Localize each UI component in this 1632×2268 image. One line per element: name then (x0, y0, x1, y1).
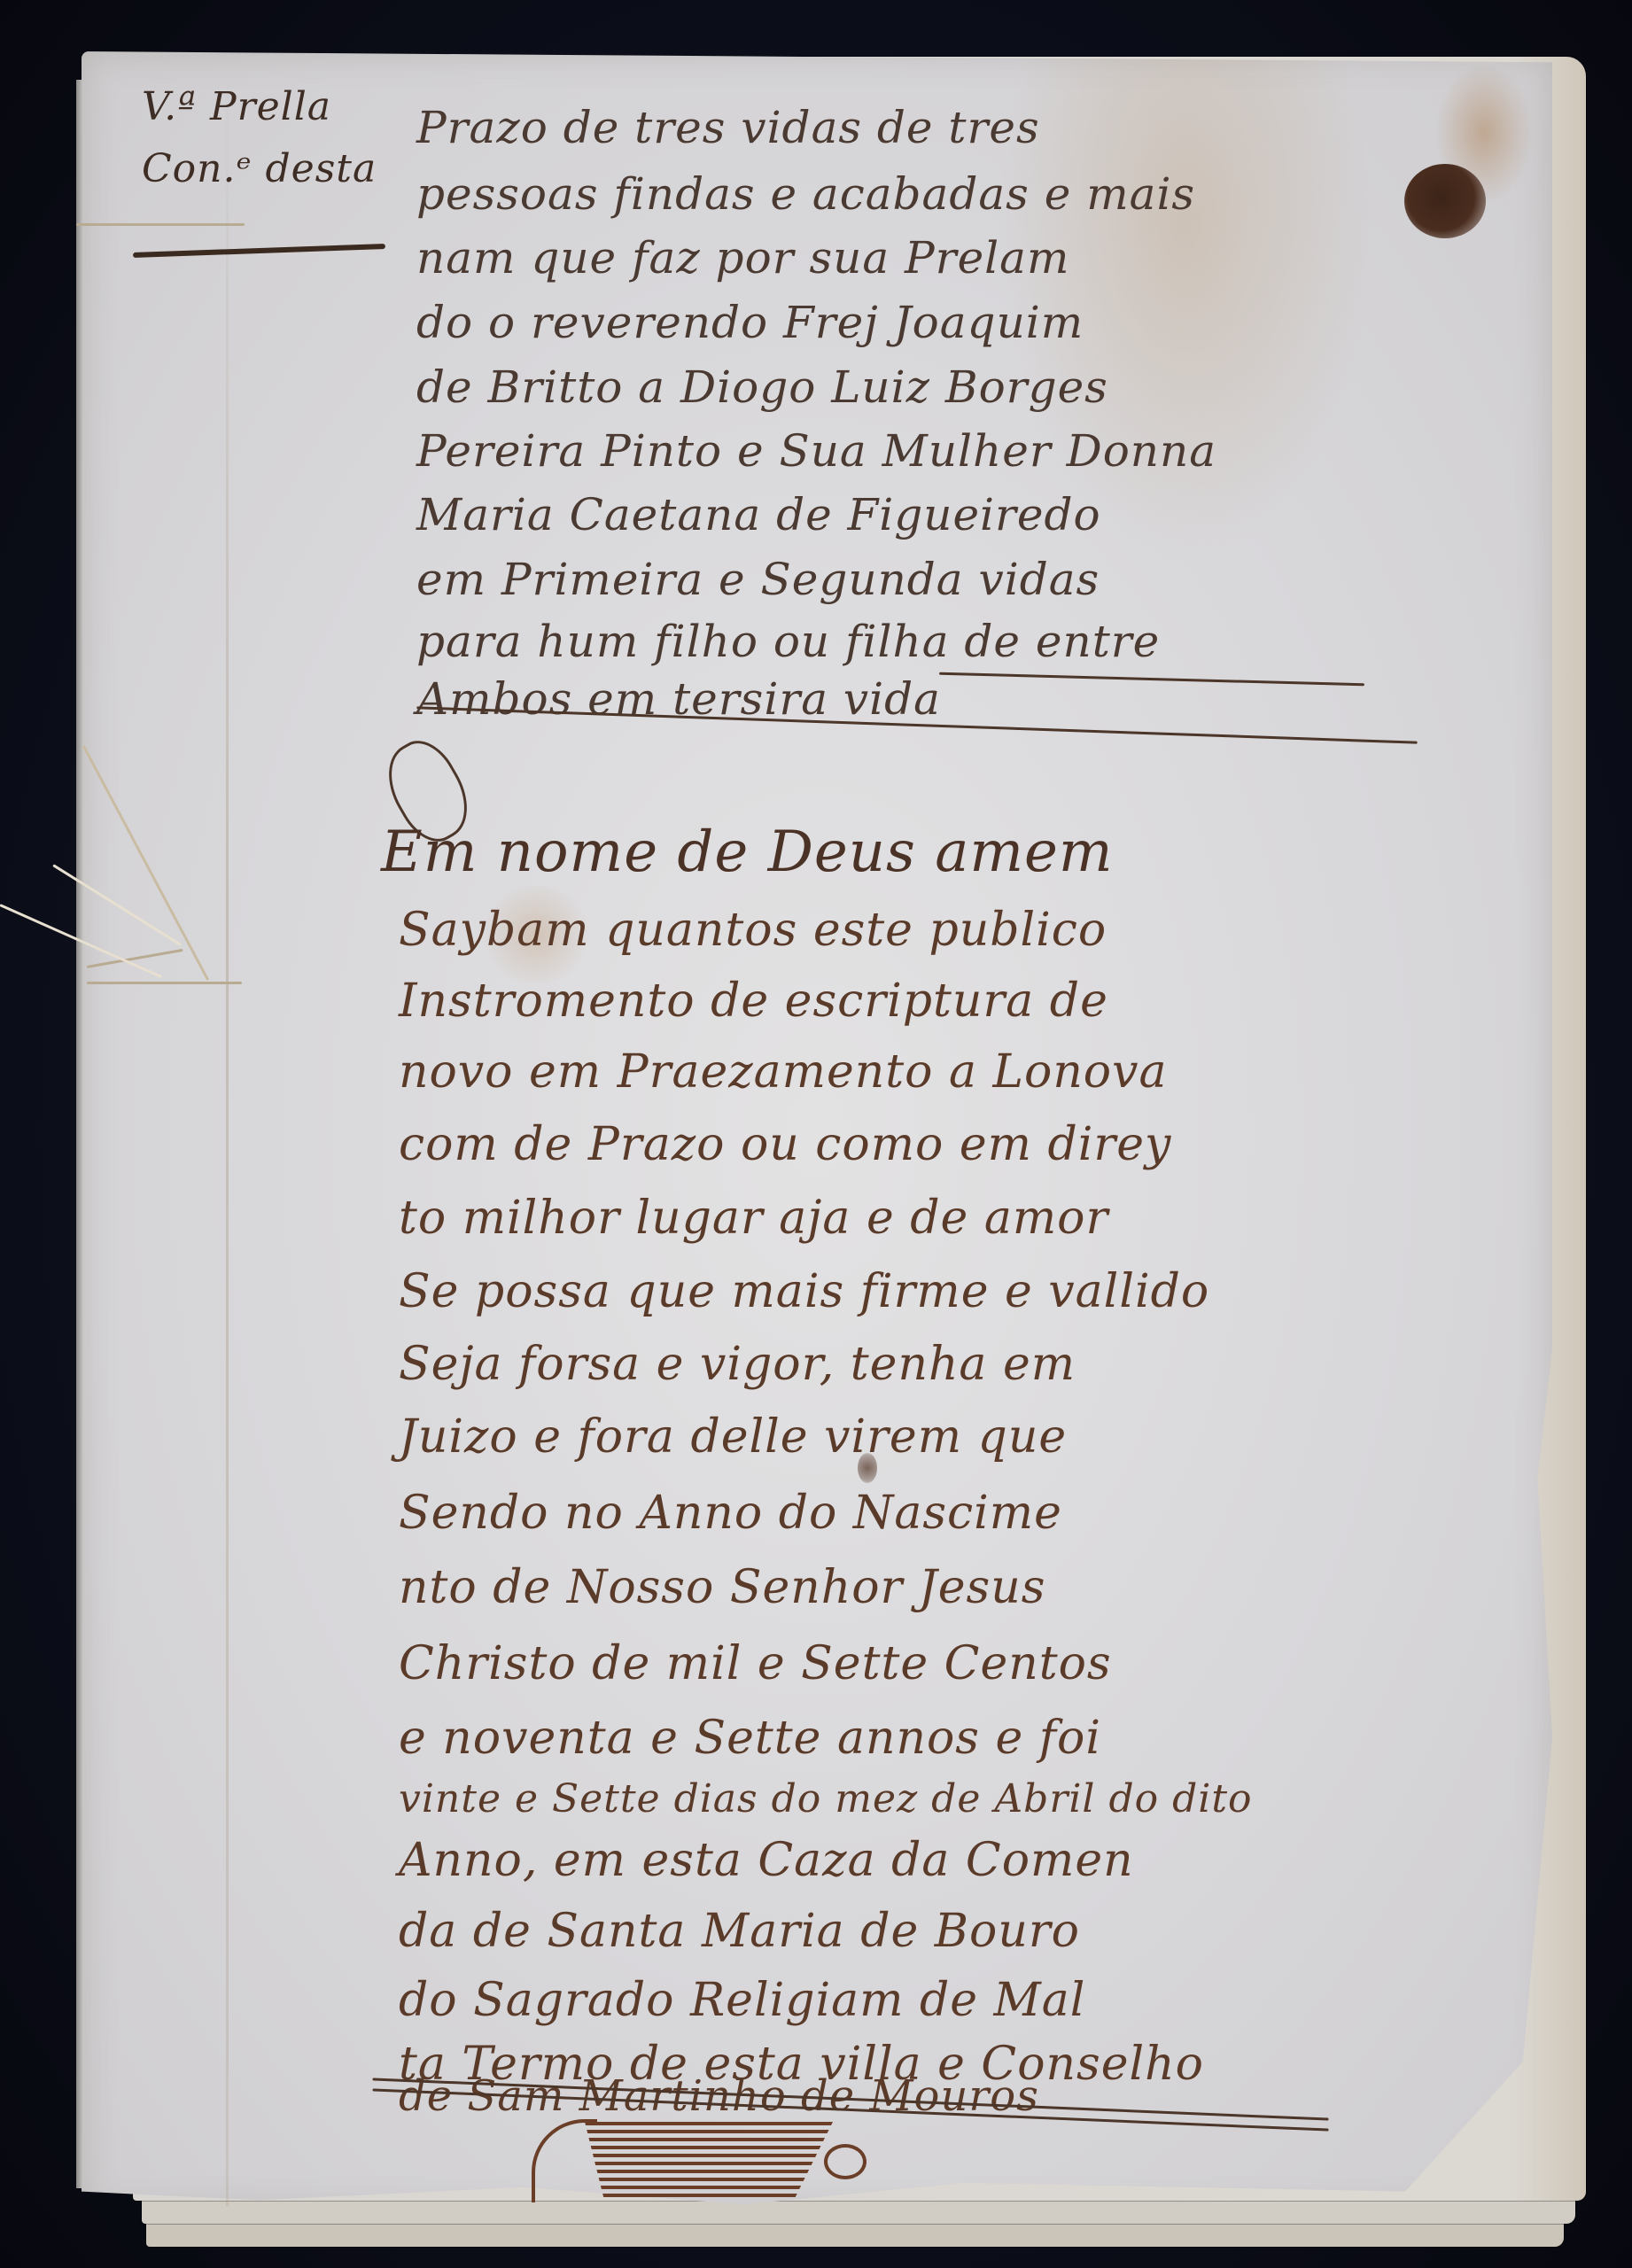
heading-line: pessoas findas e acabadas e mais (416, 168, 1195, 220)
heading-line: do o reverendo Frej Joaquim (416, 297, 1084, 348)
margin-note-line: V.ª Prella (142, 84, 331, 129)
body-line: Sendo no Anno do Nascime (399, 1487, 1062, 1540)
body-line: vinte e Sette dias do mez de Abril do di… (399, 1776, 1253, 1821)
body-line: nto de Nosso Senhor Jesus (399, 1561, 1045, 1614)
body-line: Anno, em esta Caza da Comen (399, 1834, 1134, 1887)
body-line: Christo de mil e Sette Centos (399, 1637, 1112, 1690)
spine-edge (76, 80, 83, 2188)
body-line: com de Prazo ou como em direy (399, 1118, 1171, 1171)
body-line: Saybam quantos este publico (399, 904, 1107, 957)
heading-line: em Primeira e Segunda vidas (416, 554, 1100, 605)
heading-line: nam que faz por sua Prelam (416, 232, 1069, 283)
invocation-line: Em nome de Deus amem (381, 819, 1114, 885)
body-line: do Sagrado Religiam de Mal (399, 1974, 1085, 2027)
ink-blot (1404, 164, 1486, 238)
heading-line: de Britto a Diogo Luiz Borges (416, 361, 1108, 413)
heading-line: Pereira Pinto e Sua Mulher Donna (416, 425, 1216, 477)
body-line: novo em Praezamento a Lonova (399, 1045, 1168, 1099)
body-line: Se possa que mais firme e vallido (399, 1265, 1209, 1318)
body-line: Instromento de escriptura de (399, 975, 1108, 1028)
margin-note-line: Con.ᵉ desta (142, 146, 377, 191)
binding-thread (76, 223, 245, 226)
closing-flourish-hook (824, 2144, 867, 2179)
closing-flourish (585, 2122, 833, 2202)
body-line: da de Santa Maria de Bouro (399, 1905, 1080, 1958)
body-line: e noventa e Sette annos e foi (399, 1712, 1101, 1765)
heading-line: Maria Caetana de Figueiredo (416, 489, 1101, 540)
heading-line: Prazo de tres vidas de tres (416, 102, 1040, 153)
binding-thread (87, 982, 242, 984)
fold-crease (226, 53, 229, 2206)
body-line: Juizo e fora delle virem que (399, 1410, 1067, 1464)
heading-line: para hum filho ou filha de entre (416, 616, 1160, 667)
body-line: Seja forsa e vigor, tenha em (399, 1338, 1076, 1391)
body-line: to milhor lugar aja e de amor (399, 1192, 1108, 1245)
